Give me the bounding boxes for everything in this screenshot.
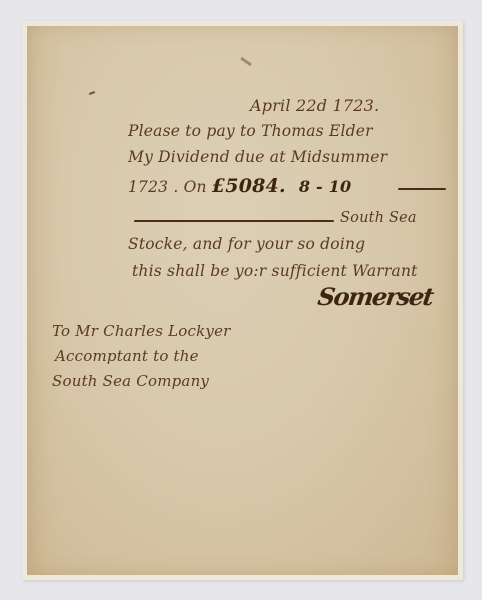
body-line-5: Stocke, and for your so doing [128, 235, 365, 253]
amount-shillings-pence: 8 - 10 [299, 177, 351, 196]
fill-line-2 [134, 220, 334, 222]
body-line-1: Please to pay to Thomas Elder [128, 122, 373, 140]
document-date: April 22d 1723. [250, 96, 379, 115]
signature: Somerset [316, 282, 435, 311]
body-line-2: My Dividend due at Midsummer [128, 148, 387, 166]
address-line-3: South Sea Company [52, 372, 209, 390]
paper-stain [240, 57, 252, 66]
ink-mark [89, 91, 95, 95]
amount-pounds: £5084. [212, 175, 286, 197]
address-line-2: Accomptant to the [55, 347, 199, 365]
body-line-3: 1723 . On £5084. 8 - 10 [128, 175, 351, 197]
body-line-4: South Sea [340, 210, 417, 226]
body-line-6: this shall be yo:r sufficient Warrant [132, 262, 418, 280]
address-line-1: To Mr Charles Lockyer [52, 322, 231, 340]
year-on-text: 1723 . On [128, 178, 207, 196]
fill-line-1 [398, 188, 446, 190]
